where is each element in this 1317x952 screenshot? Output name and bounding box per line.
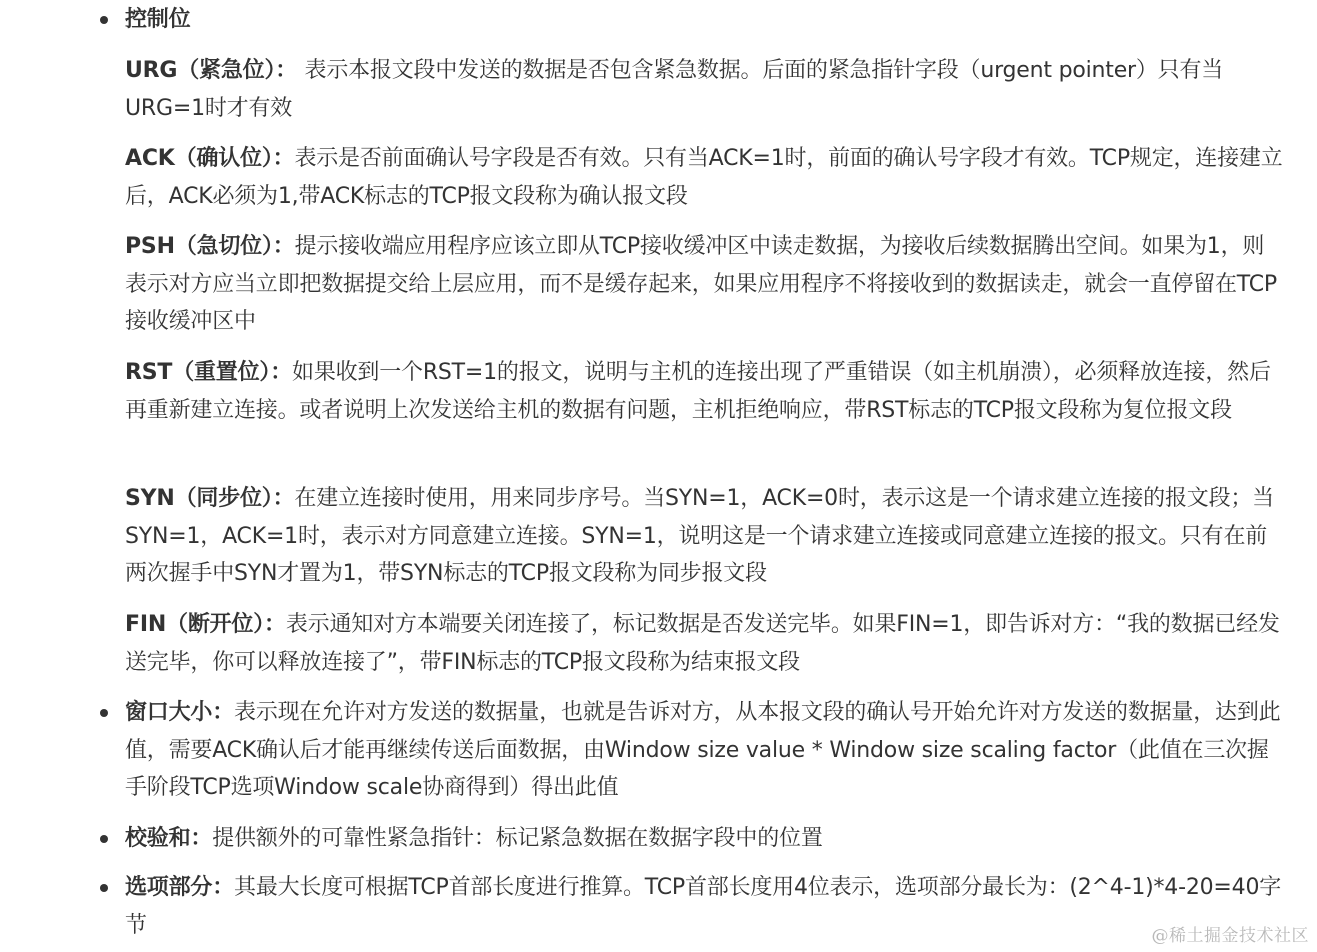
flag-description: 表示是否前面确认号字段是否有效。只有当ACK=1时，前面的确认号字段才有效。TC… bbox=[125, 146, 1283, 209]
list-item-options: 选项部分：其最大长度可根据TCP首部长度进行推算。TCP首部长度用4位表示，选项… bbox=[125, 869, 1285, 944]
flag-term: URG（紧急位） bbox=[125, 58, 275, 83]
flag-item-fin: FIN（断开位）：表示通知对方本端要关闭连接了，标记数据是否发送完毕。如果FIN… bbox=[125, 606, 1285, 681]
section-heading-control-bits: 控制位 bbox=[125, 7, 190, 32]
flag-separator: ： bbox=[264, 612, 286, 637]
list-item-window-size: 窗口大小：表示现在允许对方发送的数据量，也就是告诉对方，从本报文段的确认号开始允… bbox=[125, 694, 1285, 807]
field-term: 窗口大小 bbox=[125, 700, 212, 725]
flag-item-urg: URG（紧急位）： 表示本报文段中发送的数据是否包含紧急数据。后面的紧急指针字段… bbox=[125, 52, 1285, 127]
flag-item-syn: SYN（同步位）：在建立连接时使用，用来同步序号。当SYN=1，ACK=0时，表… bbox=[125, 480, 1285, 593]
field-description: 提供额外的可靠性紧急指针：标记紧急数据在数据字段中的位置 bbox=[212, 826, 822, 851]
flag-term: ACK（确认位） bbox=[125, 146, 273, 171]
flag-item-ack: ACK（确认位）：表示是否前面确认号字段是否有效。只有当ACK=1时，前面的确认… bbox=[125, 140, 1285, 215]
flag-separator: ： bbox=[273, 486, 295, 511]
flag-separator: ： bbox=[275, 58, 304, 83]
flag-description: 表示通知对方本端要关闭连接了，标记数据是否发送完毕。如果FIN=1，即告诉对方：… bbox=[125, 612, 1280, 675]
field-term: 校验和 bbox=[125, 826, 190, 851]
field-separator: ： bbox=[190, 826, 212, 851]
list-item-checksum: 校验和：提供额外的可靠性紧急指针：标记紧急数据在数据字段中的位置 bbox=[125, 820, 1285, 858]
flag-term: RST（重置位） bbox=[125, 360, 270, 385]
flag-term: FIN（断开位） bbox=[125, 612, 264, 637]
field-term: 选项部分 bbox=[125, 875, 212, 900]
watermark: @稀土掘金技术社区 bbox=[1152, 921, 1310, 946]
flag-description: 提示接收端应用程序应该立即从TCP接收缓冲区中读走数据，为接收后续数据腾出空间。… bbox=[125, 234, 1277, 334]
field-separator: ： bbox=[212, 875, 234, 900]
flag-description: 如果收到一个RST=1的报文，说明与主机的连接出现了严重错误（如主机崩溃），必须… bbox=[125, 360, 1271, 423]
field-description: 表示现在允许对方发送的数据量，也就是告诉对方，从本报文段的确认号开始允许对方发送… bbox=[125, 700, 1280, 800]
flag-item-psh: PSH（急切位）：提示接收端应用程序应该立即从TCP接收缓冲区中读走数据，为接收… bbox=[125, 228, 1285, 341]
flag-separator: ： bbox=[270, 360, 292, 385]
flag-item-rst: RST（重置位）：如果收到一个RST=1的报文，说明与主机的连接出现了严重错误（… bbox=[125, 354, 1285, 429]
flag-term: SYN（同步位） bbox=[125, 486, 273, 511]
list-item-control-bits: 控制位 bbox=[125, 1, 1285, 39]
flag-term: PSH（急切位） bbox=[125, 234, 273, 259]
field-separator: ： bbox=[212, 700, 234, 725]
flag-separator: ： bbox=[273, 146, 295, 171]
field-description: 其最大长度可根据TCP首部长度进行推算。TCP首部长度用4位表示，选项部分最长为… bbox=[125, 875, 1281, 938]
flag-separator: ： bbox=[273, 234, 295, 259]
flag-description: 在建立连接时使用，用来同步序号。当SYN=1，ACK=0时，表示这是一个请求建立… bbox=[125, 486, 1274, 586]
